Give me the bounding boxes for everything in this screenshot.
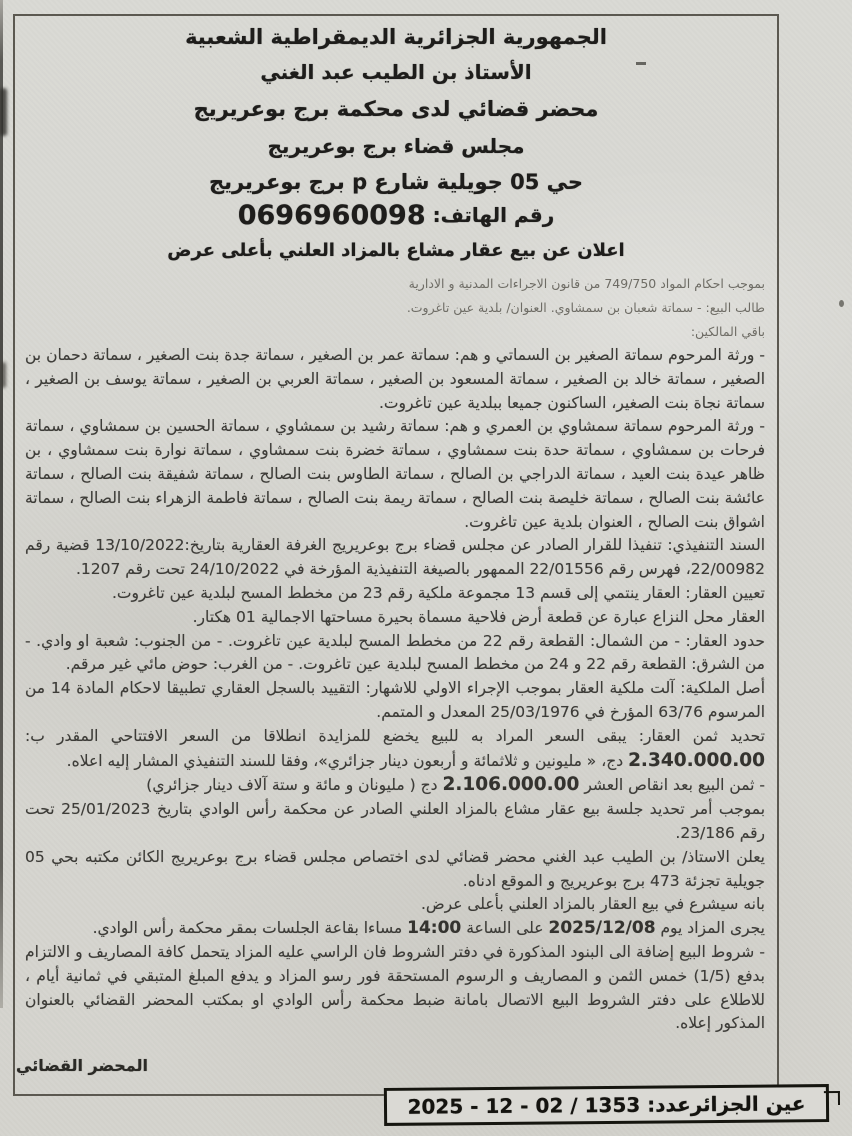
reduced-price-text-post: دج ( مليونان و مائة و ستة آلاف دينار جزا… bbox=[146, 776, 442, 794]
auction-date: 2025/12/08 bbox=[548, 918, 655, 938]
scanned-document-page: الجمهورية الجزائرية الديمقراطية الشعبية … bbox=[0, 0, 852, 1136]
auction-text-post: مساءا بقاعة الجلسات بمقر محكمة رأس الواد… bbox=[93, 919, 408, 937]
paragraph-price: تحديد ثمن العقار: يبقى السعر المراد به ل… bbox=[25, 725, 765, 774]
auction-text-mid: على الساعة bbox=[461, 919, 548, 937]
price-text-pre: تحديد ثمن العقار: يبقى السعر المراد به ل… bbox=[25, 727, 765, 745]
paragraph-executive-deed: السند التنفيذي: تنفيذا للقرار الصادر عن … bbox=[25, 534, 765, 582]
paragraph-ownership-origin: أصل الملكية: آلت ملكية العقار بموجب الإج… bbox=[25, 677, 765, 725]
paragraph-sale-conditions: - شروط البيع إضافة الى البنود المذكورة ف… bbox=[25, 941, 765, 1036]
body-block: بموجب احكام المواد 749/750 من قانون الاج… bbox=[15, 272, 777, 1036]
reduced-price-amount: 2.106.000.00 bbox=[442, 774, 579, 795]
intro-line-remaining-owners: باقي المالكين: bbox=[25, 320, 765, 344]
auction-time: 14:00 bbox=[407, 918, 461, 938]
signature-bailiff: المحضر القضائي bbox=[16, 1056, 148, 1075]
paragraph-auction-datetime: يجرى المزاد يوم 2025/12/08 على الساعة 14… bbox=[25, 917, 765, 941]
document-frame: الجمهورية الجزائرية الديمقراطية الشعبية … bbox=[13, 14, 779, 1096]
scan-smudge-artifact bbox=[1, 362, 6, 388]
scan-speck-artifact bbox=[839, 300, 844, 307]
phone-line: رقم الهاتف: 0696960098 bbox=[15, 200, 777, 231]
stamp-text: عين الجزائرعدد: 1353 / 02 - 12 - 2025 bbox=[407, 1091, 805, 1118]
paragraph-proceed-statement: بانه سيشرع في بيع العقار بالمزاد العلني … bbox=[25, 893, 765, 917]
intro-line-legal-basis: بموجب احكام المواد 749/750 من قانون الاج… bbox=[25, 272, 765, 296]
scan-smudge-artifact bbox=[0, 88, 7, 136]
auction-text-pre: يجرى المزاد يوم bbox=[656, 919, 765, 937]
price-text-post: دج، « مليونين و ثلاثمائة و أربعون دينار … bbox=[67, 752, 628, 770]
paragraph-property-description: العقار محل النزاع عبارة عن قطعة أرض فلاح… bbox=[25, 606, 765, 630]
paragraph-property-borders: حدود العقار: - من الشمال: القطعة رقم 22 … bbox=[25, 630, 765, 678]
header-line-address: حي 05 جويلية شارع p برج بوعريريج bbox=[15, 170, 777, 194]
header-line-republic: الجمهورية الجزائرية الديمقراطية الشعبية bbox=[15, 25, 777, 49]
paragraph-reduced-price: - ثمن البيع بعد انقاص العشر 2.106.000.00… bbox=[25, 773, 765, 798]
header-line-bailiff-title: محضر قضائي لدى محكمة برج بوعريريج bbox=[15, 97, 777, 121]
announcement-title: اعلان عن بيع عقار مشاع بالمزاد العلني بأ… bbox=[15, 240, 777, 261]
header-line-officer-name: الأستاذ بن الطيب عبد الغني bbox=[15, 60, 777, 84]
paragraph-heirs-1: - ورثة المرحوم سماتة الصغير بن السماتي و… bbox=[25, 344, 765, 415]
paragraph-property-designation: تعيين العقار: العقار ينتمي إلى قسم 13 مج… bbox=[25, 582, 765, 606]
phone-label: رقم الهاتف: bbox=[433, 203, 555, 227]
paragraph-announcer: يعلن الاستاذ/ بن الطيب عبد الغني محضر قض… bbox=[25, 846, 765, 894]
phone-number: 0696960098 bbox=[238, 200, 426, 231]
opening-price-amount: 2.340.000.00 bbox=[628, 750, 765, 771]
intro-line-seller: طالب البيع: - سماتة شعبان بن سمشاوي. الع… bbox=[25, 296, 765, 320]
paragraph-session-order: بموجب أمر تحديد جلسة بيع عقار مشاع بالمز… bbox=[25, 798, 765, 846]
stamp-box: عين الجزائرعدد: 1353 / 02 - 12 - 2025 bbox=[384, 1084, 829, 1126]
header-line-council: مجلس قضاء برج بوعريريج bbox=[15, 134, 777, 158]
header-block: الجمهورية الجزائرية الديمقراطية الشعبية … bbox=[15, 25, 777, 261]
paragraph-heirs-2: - ورثة المرحوم سماتة سمشاوي بن العمري و … bbox=[25, 415, 765, 534]
reduced-price-text-pre: - ثمن البيع بعد انقاص العشر bbox=[579, 776, 765, 794]
stamp-box-notch bbox=[824, 1091, 840, 1105]
scan-edge-artifact bbox=[0, 0, 3, 1008]
